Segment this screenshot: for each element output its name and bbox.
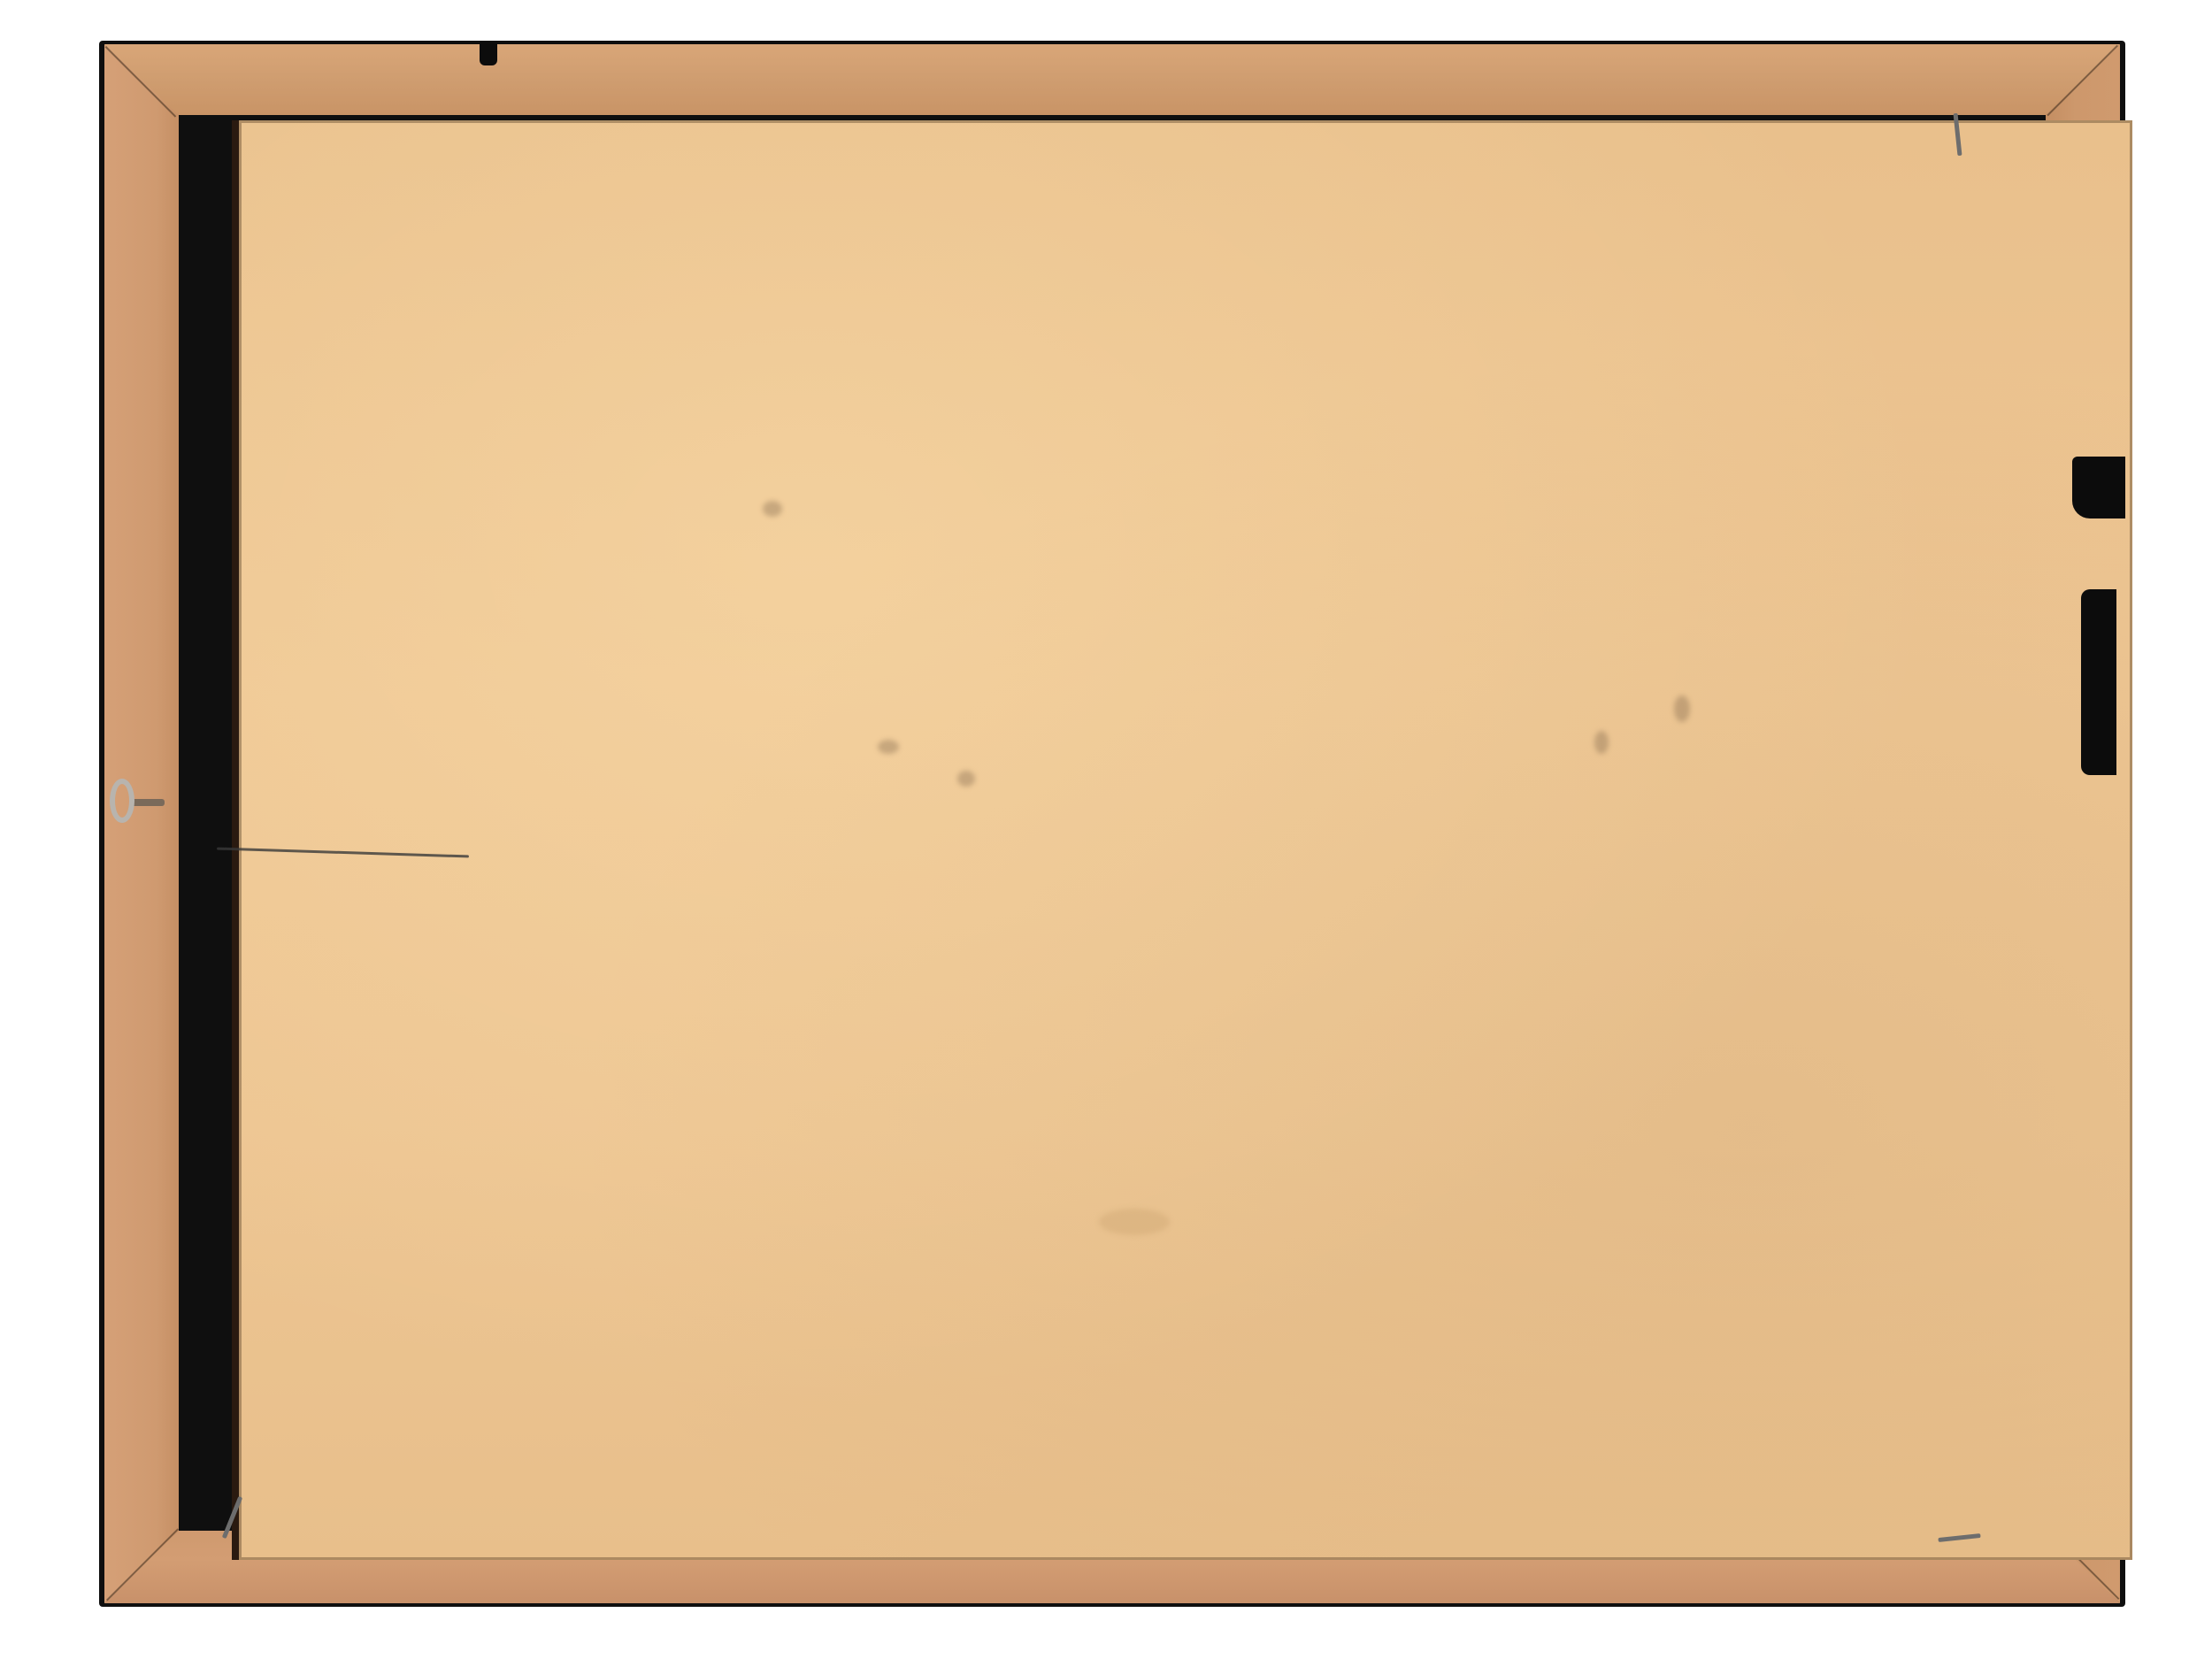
backing-board: [239, 120, 2132, 1560]
frame-rail-top: [104, 44, 2120, 115]
stain-mark: [1674, 695, 1690, 722]
paint-chip: [2072, 457, 2125, 518]
screw-eye-icon: [110, 779, 134, 823]
frame-rail-left: [104, 44, 179, 1603]
stain-mark: [1099, 1209, 1170, 1235]
stain-mark: [1594, 731, 1609, 754]
stain-mark: [763, 501, 782, 517]
stain-mark: [957, 771, 975, 787]
paint-chip: [2081, 589, 2116, 775]
paint-chip: [480, 41, 497, 65]
stain-mark: [878, 740, 899, 754]
frame-gap: [232, 120, 239, 1560]
picture-frame: [99, 41, 2125, 1607]
screw-eye-shank: [129, 799, 165, 806]
